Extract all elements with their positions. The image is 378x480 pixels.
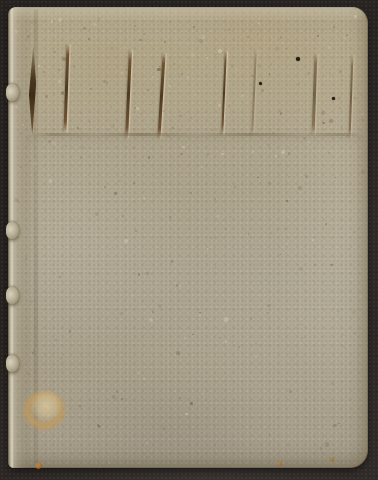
parchment-speck xyxy=(354,332,356,334)
parchment-speck xyxy=(268,182,271,185)
parchment-speck xyxy=(79,405,81,407)
parchment-speck xyxy=(333,26,335,28)
parchment-speck xyxy=(171,274,173,276)
parchment-speck xyxy=(309,182,311,184)
parchment-speck xyxy=(146,461,147,462)
parchment-speck xyxy=(59,276,61,278)
parchment-speck xyxy=(338,423,340,425)
parchment-speck xyxy=(134,25,136,27)
parchment-speck xyxy=(252,151,254,153)
parchment-speck xyxy=(207,153,209,155)
parchment-speck xyxy=(169,216,171,218)
parchment-speck xyxy=(184,337,186,339)
parchment-speck xyxy=(79,263,81,265)
parchment-speck xyxy=(335,177,336,178)
parchment-speck xyxy=(190,192,192,194)
parchment-speck xyxy=(289,390,292,393)
parchment-speck xyxy=(132,147,135,150)
parchment-speck xyxy=(180,153,183,156)
parchment-speck xyxy=(219,337,221,339)
parchment-speck xyxy=(49,179,53,183)
parchment-speck xyxy=(190,402,193,405)
parchment-speck xyxy=(116,391,118,393)
parchment-speck xyxy=(267,312,269,314)
parchment-speck xyxy=(282,151,283,152)
parchment-speck xyxy=(122,215,124,217)
parchment-speck xyxy=(121,398,123,400)
parchment-speck xyxy=(281,150,285,154)
parchment-speck xyxy=(255,356,257,358)
rust-spot xyxy=(277,461,282,466)
parchment-speck xyxy=(199,312,200,313)
parchment-speck xyxy=(225,228,227,230)
parchment-speck xyxy=(229,216,232,219)
parchment-speck xyxy=(124,239,128,243)
book-cover xyxy=(8,7,368,468)
parchment-speck xyxy=(185,398,186,399)
parchment-speck xyxy=(325,442,329,446)
parchment-speck xyxy=(60,358,62,360)
parchment-speck xyxy=(319,282,320,283)
parchment-speck xyxy=(180,285,182,287)
parchment-speck xyxy=(310,172,312,174)
parchment-speck xyxy=(301,337,302,338)
parchment-speck xyxy=(286,243,288,245)
parchment-speck xyxy=(143,197,145,199)
parchment-speck xyxy=(77,157,79,159)
parchment-speck xyxy=(353,231,356,234)
parchment-speck xyxy=(104,186,106,188)
parchment-speck xyxy=(348,248,350,250)
parchment-speck xyxy=(269,232,272,235)
parchment-speck xyxy=(55,339,57,341)
parchment-speck xyxy=(202,393,204,395)
parchment-speck xyxy=(176,351,180,355)
parchment-speck xyxy=(305,175,308,178)
parchment-speck xyxy=(352,310,355,313)
parchment-speck xyxy=(232,341,233,342)
parchment-speck xyxy=(291,358,293,360)
parchment-speck xyxy=(138,273,141,276)
parchment-speck xyxy=(135,230,137,232)
parchment-speck xyxy=(258,22,260,24)
parchment-speck xyxy=(201,166,203,168)
parchment-speck xyxy=(280,164,281,165)
parchment-speck xyxy=(224,317,228,321)
parchment-speck xyxy=(149,318,153,322)
parchment-speck xyxy=(240,267,241,268)
parchment-speck xyxy=(82,212,84,214)
rust-spot xyxy=(330,457,334,461)
parchment-speck xyxy=(243,262,245,264)
parchment-speck xyxy=(238,346,240,348)
parchment-speck xyxy=(210,237,212,239)
parchment-speck xyxy=(131,295,133,297)
parchment-speck xyxy=(225,430,227,432)
parchment-speck xyxy=(298,186,302,190)
parchment-speck xyxy=(337,310,339,312)
crease-shadow xyxy=(26,135,364,147)
parchment-speck xyxy=(320,447,322,449)
parchment-speck xyxy=(91,228,92,229)
parchment-speck xyxy=(231,387,232,388)
parchment-speck xyxy=(331,383,333,385)
parchment-speck xyxy=(141,306,143,308)
parchment-speck xyxy=(286,200,288,202)
parchment-speck xyxy=(133,182,135,184)
parchment-speck xyxy=(273,270,275,272)
parchment-speck xyxy=(97,424,100,427)
parchment-speck xyxy=(193,26,195,28)
parchment-speck xyxy=(93,23,96,26)
parchment-speck xyxy=(225,340,227,342)
parchment-speck xyxy=(312,280,313,281)
parchment-speck xyxy=(267,304,271,308)
parchment-speck xyxy=(154,180,156,182)
parchment-speck xyxy=(300,324,301,325)
parchment-speck xyxy=(314,264,316,266)
cover-top-band xyxy=(28,35,364,137)
parchment-speck xyxy=(345,335,346,336)
parchment-speck xyxy=(62,25,63,26)
parchment-speck xyxy=(240,159,241,160)
parchment-speck xyxy=(305,386,308,389)
parchment-speck xyxy=(49,316,51,318)
parchment-speck xyxy=(288,152,291,155)
parchment-speck xyxy=(55,456,56,457)
parchment-speck xyxy=(217,215,219,217)
parchment-speck xyxy=(360,296,362,298)
parchment-speck xyxy=(342,334,344,336)
parchment-speck xyxy=(280,254,281,255)
parchment-speck xyxy=(257,177,259,179)
parchment-speck xyxy=(330,264,332,266)
parchment-speck xyxy=(207,248,208,249)
parchment-speck xyxy=(333,424,336,427)
parchment-speck xyxy=(214,198,216,200)
parchment-speck xyxy=(143,378,145,380)
parchment-speck xyxy=(69,330,72,333)
parchment-speck xyxy=(158,304,162,308)
parchment-speck xyxy=(136,161,137,162)
parchment-speck xyxy=(284,228,286,230)
parchment-speck xyxy=(228,29,231,32)
parchment-speck xyxy=(322,357,324,359)
parchment-speck xyxy=(147,342,148,343)
parchment-speck xyxy=(192,334,193,335)
parchment-speck xyxy=(265,279,268,282)
parchment-speck xyxy=(136,28,137,29)
parchment-speck xyxy=(94,297,96,299)
parchment-speck xyxy=(248,233,250,235)
parchment-speck xyxy=(361,170,365,174)
parchment-speck xyxy=(142,302,143,303)
parchment-speck xyxy=(146,456,148,458)
parchment-speck xyxy=(146,442,148,444)
parchment-speck xyxy=(119,180,121,182)
parchment-speck xyxy=(255,343,257,345)
parchment-speck xyxy=(199,315,201,317)
parchment-speck xyxy=(330,175,331,176)
parchment-speck xyxy=(120,312,123,315)
parchment-speck xyxy=(51,20,54,23)
parchment-speck xyxy=(112,395,116,399)
parchment-speck xyxy=(299,267,303,271)
parchment-speck xyxy=(171,260,173,262)
parchment-speck xyxy=(312,239,314,241)
parchment-speck xyxy=(214,250,215,251)
stain xyxy=(21,389,67,431)
parchment-speck xyxy=(148,156,150,158)
parchment-speck xyxy=(154,189,155,190)
cover-top-edge-highlight xyxy=(10,7,366,20)
parchment-speck xyxy=(221,153,223,155)
photo-background xyxy=(0,0,378,480)
parchment-speck xyxy=(95,212,99,216)
parchment-speck xyxy=(101,383,103,385)
parchment-speck xyxy=(269,434,271,436)
parchment-speck xyxy=(351,279,352,280)
parchment-speck xyxy=(80,157,82,159)
parchment-speck xyxy=(234,186,236,188)
parchment-speck xyxy=(275,155,277,157)
parchment-speck xyxy=(284,30,286,32)
parchment-speck xyxy=(175,391,176,392)
parchment-speck xyxy=(137,372,138,373)
parchment-speck xyxy=(343,346,345,348)
parchment-speck xyxy=(219,236,221,238)
parchment-speck xyxy=(325,223,327,225)
parchment-speck xyxy=(250,317,252,319)
parchment-speck xyxy=(112,247,113,248)
parchment-speck xyxy=(152,311,154,313)
parchment-speck xyxy=(294,362,295,363)
parchment-speck xyxy=(252,200,254,202)
parchment-speck xyxy=(288,444,290,446)
parchment-speck xyxy=(162,330,164,332)
parchment-speck xyxy=(108,461,110,463)
parchment-speck xyxy=(229,32,230,33)
parchment-speck xyxy=(277,229,279,231)
parchment-speck xyxy=(95,273,97,275)
parchment-speck xyxy=(179,397,181,399)
parchment-speck xyxy=(215,267,217,269)
parchment-speck xyxy=(163,427,166,430)
parchment-speck xyxy=(185,413,187,415)
parchment-speck xyxy=(114,192,116,194)
parchment-speck xyxy=(83,27,86,30)
parchment-speck xyxy=(146,272,149,275)
parchment-speck xyxy=(98,425,101,428)
parchment-speck xyxy=(176,284,179,287)
parchment-speck xyxy=(288,176,289,177)
parchment-speck xyxy=(170,21,172,23)
parchment-speck xyxy=(279,378,280,379)
parchment-speck xyxy=(328,152,330,154)
